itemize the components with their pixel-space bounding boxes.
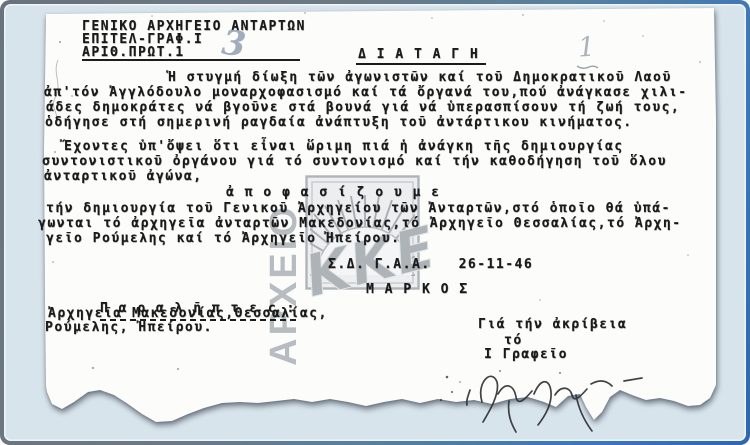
paragraph2-line1: Ἔχοντες ὑπ'ὄψει ὅτι εἶναι ὥριμη πιά ἡ ἀν… [64,139,624,154]
certification-line3: Ι Γραφεῖο [484,347,568,362]
paragraph2-line3: ἀνταρτικοῦ ἀγώνα, [44,169,203,184]
document-content: ΓΕΝΙΚΟ ΑΡΧΗΓΕΙΟ ΑΝΤΑΡΤΩΝ ΕΠΙΤΕΛ-ΓΡΑΦ.Ι Α… [0,0,750,445]
signatory-name: Μ Α Ρ Κ Ο Σ [366,282,469,297]
header-protocol-number: ΑΡΙΘ.ΠΡΩΤ.1 [82,45,185,60]
paragraph2-line2: συντονιστικοῦ ὀργάνου γιά τό συντονισμό … [42,154,667,169]
scanned-document-photo: ΑΡΧΕΙΟ ΚΚΕ ΓΕΝΙΚΟ ΑΡΧΗΓΕΙΟ ΑΝΤΑΡΤΩΝ [0,0,750,445]
paragraph1-line4: ὁδήγησε στή σημερινή ραγδαία ἀνάπτυξη το… [45,115,633,130]
paragraph3-line2: γωνται τό ἀρχηγεῖα ἀνταρτῶν Μακεδονίας,τ… [38,216,682,231]
certification-line2: τό [504,333,523,348]
title-underline [356,63,486,65]
paragraph1-line2: ἀπ'τόν Ἀγγλόδουλο μοναρχοφασισμό καί τά … [44,85,688,100]
recipients-line2: Ρούμελης, Ἠπείρου. [45,320,213,335]
protocol-underline [82,59,300,61]
document-title: Δ Ι Α Τ Α Γ Η [358,47,479,62]
pencil-annotation-3: 3 [220,25,248,64]
recipients-line1: Ἀρχηγεῖα Μακεδονίας,Θεσσαλίας, [48,306,328,321]
certification-line1: Γιά τήν ἀκρίβεια [478,317,627,332]
paragraph1-line3: άδες δημοκράτες νά βγοῦνε στά βουνά γιά … [46,100,680,115]
paragraph1-line1: Ἡ στυγμή δίωξη τῶν ἀγωνιστῶν καί τοῦ Δημ… [168,70,672,85]
paragraph3-line1: τήν δημιουργία τοῦ Γενικοῦ Ἀρχηγείου τῶν… [46,201,671,216]
dateline: Σ.Δ. Γ.Α.Α. 26-11-46 [328,257,533,272]
paragraph3-line3: γεῖο Ρούμελης καί τό Ἀρχηγεῖο Ἠπείρου. [46,231,400,246]
pencil-annotation-1: 1 [577,33,596,62]
decision-word: ἀ π ο φ α σ ί ζ ο υ μ ε [226,185,441,200]
